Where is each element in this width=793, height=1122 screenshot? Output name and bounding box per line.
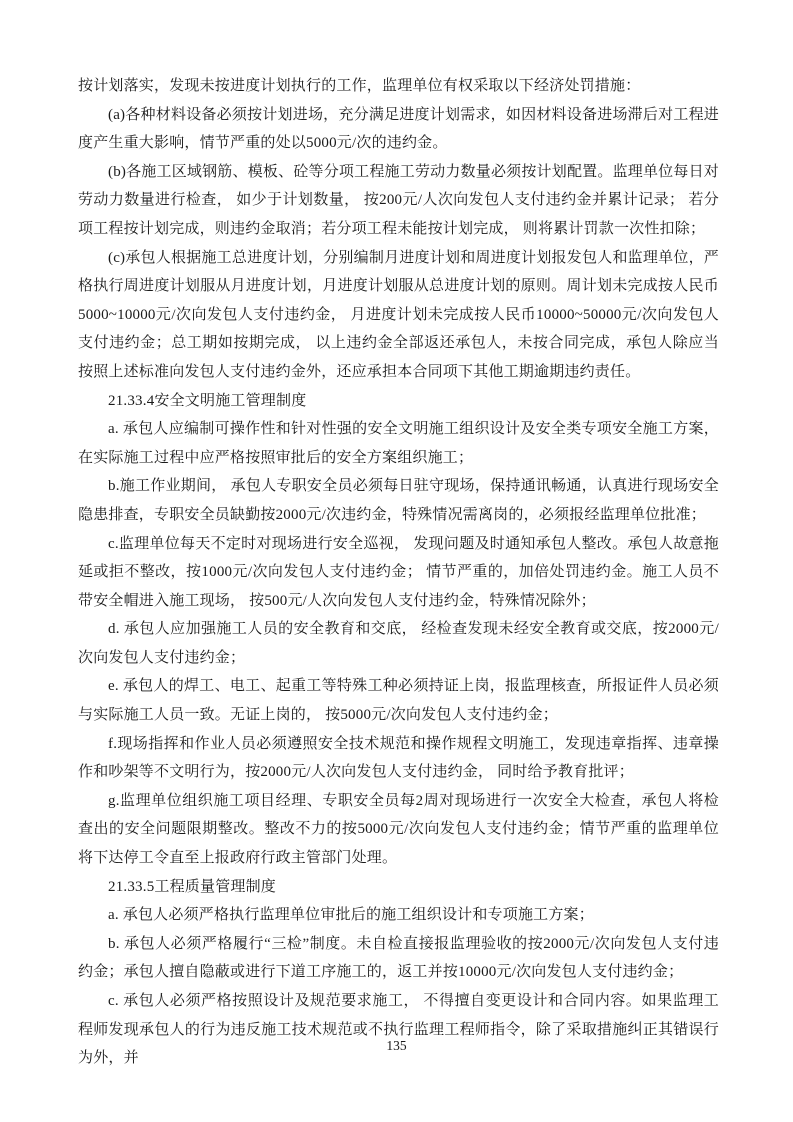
paragraph-safety-e: e. 承包人的焊工、电工、起重工等特殊工种必须持证上岗，报监理核查，所报证件人员… (78, 672, 719, 729)
paragraph-safety-f: f.现场指挥和作业人员必须遵照安全技术规范和操作规程文明施工，发现违章指挥、违章… (78, 730, 719, 787)
paragraph-safety-c: c.监理单位每天不定时对现场进行安全巡视， 发现问题及时通知承包人整改。承包人故… (78, 530, 719, 616)
paragraph-item-b-labor: (b)各施工区域钢筋、模板、砼等分项工程施工劳动力数量必须按计划配置。监理单位每… (78, 158, 719, 244)
document-page: 按计划落实，发现未按进度计划执行的工作，监理单位有权采取以下经济处罚措施： (a… (0, 0, 793, 1122)
section-heading-21-33-4: 21.33.4安全文明施工管理制度 (78, 387, 719, 416)
paragraph-quality-b: b. 承包人必须严格履行“三检”制度。未自检直接报监理验收的按2000元/次向发… (78, 930, 719, 987)
paragraph-safety-d: d. 承包人应加强施工人员的安全教育和交底， 经检查发现未经安全教育或交底，按2… (78, 615, 719, 672)
paragraph-safety-g: g.监理单位组织施工项目经理、专职安全员每2周对现场进行一次安全大检查，承包人将… (78, 787, 719, 873)
paragraph-safety-b: b.施工作业期间， 承包人专职安全员必须每日驻守现场，保持通讯畅通，认真进行现场… (78, 472, 719, 529)
document-body: 按计划落实，发现未按进度计划执行的工作，监理单位有权采取以下经济处罚措施： (a… (78, 72, 719, 1073)
section-heading-21-33-5: 21.33.5工程质量管理制度 (78, 873, 719, 902)
page-number: 135 (0, 1038, 793, 1054)
paragraph-item-a-materials: (a)各种材料设备必须按计划进场，充分满足进度计划需求，如因材料设备进场滞后对工… (78, 101, 719, 158)
paragraph-quality-a: a. 承包人必须严格执行监理单位审批后的施工组织设计和专项施工方案； (78, 901, 719, 930)
paragraph-safety-a: a. 承包人应编制可操作性和针对性强的安全文明施工组织设计及安全类专项安全施工方… (78, 415, 719, 472)
paragraph-continuation: 按计划落实，发现未按进度计划执行的工作，监理单位有权采取以下经济处罚措施： (78, 72, 719, 101)
paragraph-item-c-schedule: (c)承包人根据施工总进度计划，分别编制月进度计划和周进度计划报发包人和监理单位… (78, 244, 719, 387)
paragraph-quality-c: c. 承包人必须严格按照设计及规范要求施工， 不得擅自变更设计和合同内容。如果监… (78, 987, 719, 1073)
